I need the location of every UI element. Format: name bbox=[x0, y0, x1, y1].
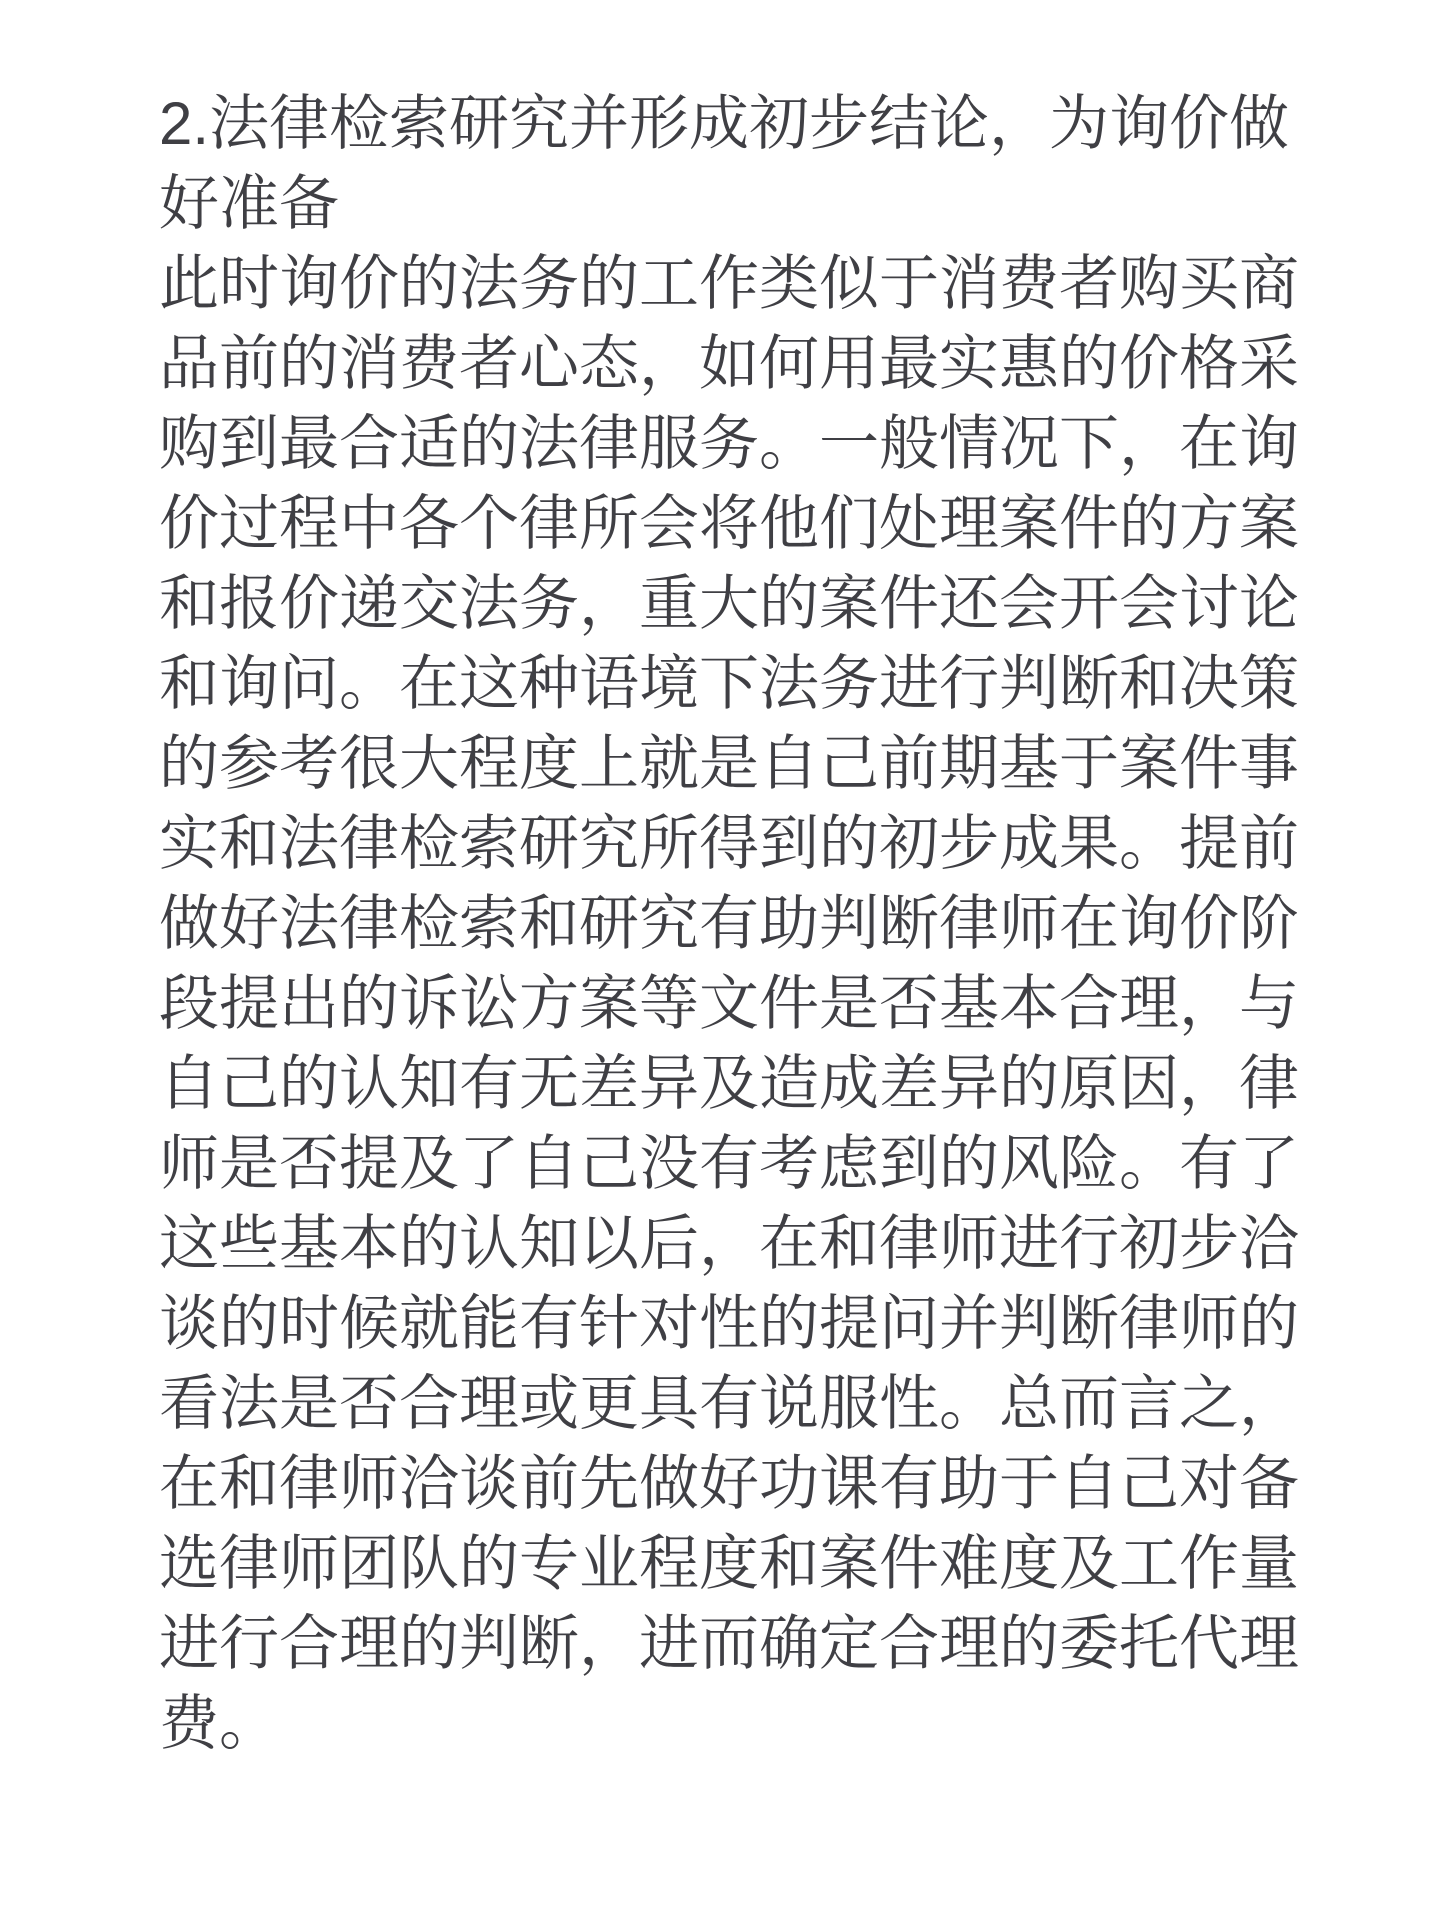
section-paragraph: 此时询价的法务的工作类似于消费者购买商品前的消费者心态，如何用最实惠的价格采购到… bbox=[159, 244, 1301, 1764]
section-heading: 2.法律检索研究并形成初步结论，为询价做好准备 bbox=[159, 84, 1301, 244]
article-text-block: 2.法律检索研究并形成初步结论，为询价做好准备 此时询价的法务的工作类似于消费者… bbox=[159, 84, 1301, 1764]
article-page: 2.法律检索研究并形成初步结论，为询价做好准备 此时询价的法务的工作类似于消费者… bbox=[0, 0, 1431, 1909]
